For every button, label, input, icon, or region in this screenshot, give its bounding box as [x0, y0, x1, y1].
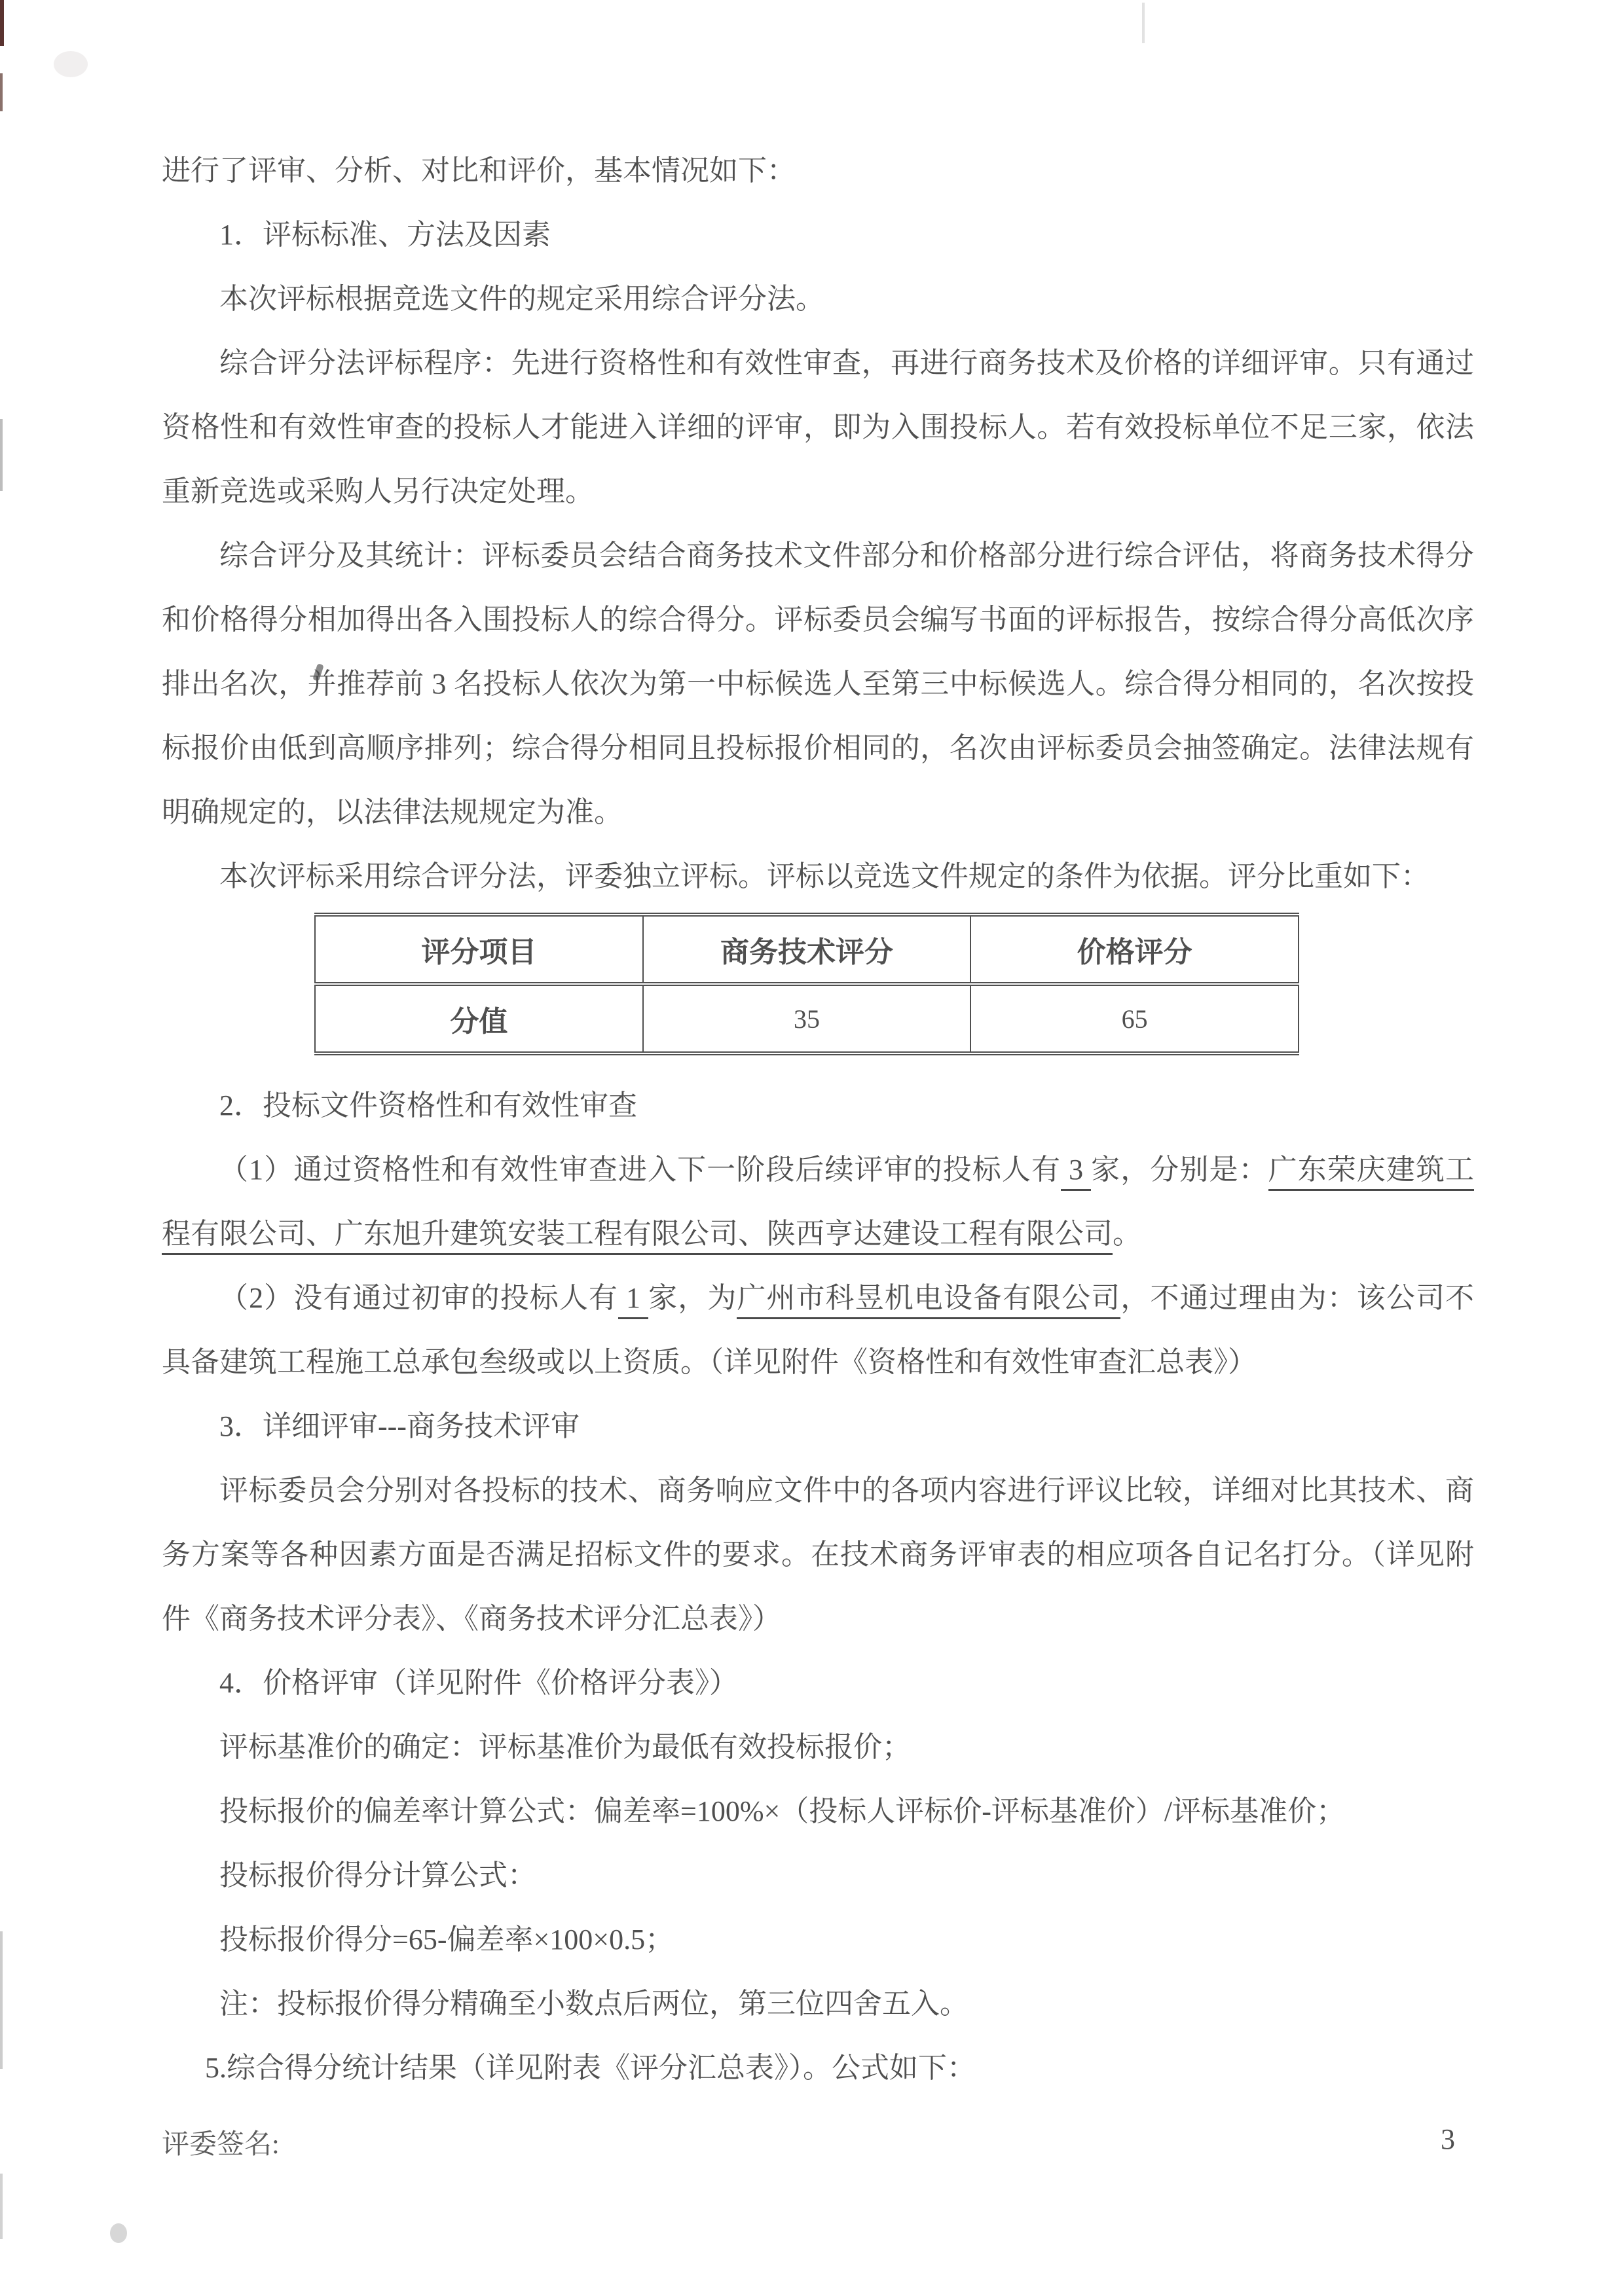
underlined-text: 广州市科昱机电设备有限公司	[737, 1282, 1120, 1319]
text-line: 4．价格评审（详见附件《价格评分表》）	[162, 1651, 1474, 1715]
table-cell-score-label: 分值	[315, 984, 643, 1053]
scan-artifact	[0, 73, 3, 111]
text-line: 评标基准价的确定：评标基准价为最低有效投标报价；	[162, 1715, 1474, 1779]
scan-artifact	[0, 0, 4, 46]
table-cell-price-value: 65	[970, 984, 1299, 1053]
scan-artifact	[0, 2174, 3, 2239]
table-header-scoring-item: 评分项目	[315, 915, 643, 984]
text-segment: 重新竞选或采购人另行决定处理。	[162, 475, 594, 507]
document-lines-top: 进行了评审、分析、对比和评价，基本情况如下：1．评标标准、方法及因素本次评标根据…	[162, 139, 1474, 909]
text-segment: 排出名次，并推荐前 3 名投标人依次为第一中标候选人至第三中标候选人。综合得分相…	[162, 668, 1474, 700]
text-line: 重新竞选或采购人另行决定处理。	[162, 460, 1474, 524]
text-segment: （1）通过资格性和有效性审查进入下一阶段后续评审的投标人有	[219, 1154, 1061, 1186]
text-line: 资格性和有效性审查的投标人才能进入详细的评审，即为入围投标人。若有效投标单位不足…	[162, 395, 1474, 460]
text-line: 5.综合得分统计结果（详见附表《评分汇总表》）。公式如下：	[162, 2036, 1474, 2100]
text-line: 2．投标文件资格性和有效性审查	[162, 1074, 1474, 1138]
text-line: 进行了评审、分析、对比和评价，基本情况如下：	[162, 139, 1474, 203]
scanned-document-page: 进行了评审、分析、对比和评价，基本情况如下：1．评标标准、方法及因素本次评标根据…	[0, 0, 1624, 2296]
text-segment: 1．评标标准、方法及因素	[219, 219, 551, 251]
score-weight-table: 评分项目 商务技术评分 价格评分 分值 35 65	[314, 913, 1299, 1055]
text-segment: 资格性和有效性审查的投标人才能进入详细的评审，即为入围投标人。若有效投标单位不足…	[162, 411, 1474, 443]
table-header-row: 评分项目 商务技术评分 价格评分	[315, 915, 1299, 984]
text-segment: 明确规定的，以法律法规规定为准。	[162, 796, 623, 828]
underlined-text: 程有限公司、广东旭升建筑安装工程有限公司、陕西亨达建设工程有限公司	[162, 1218, 1113, 1255]
text-line: 综合评分法评标程序：先进行资格性和有效性审查，再进行商务技术及价格的详细评审。只…	[162, 331, 1474, 395]
scan-artifact	[1142, 3, 1145, 43]
evaluator-signature-label: 评委签名:	[162, 2125, 280, 2164]
text-segment: 和价格得分相加得出各入围投标人的综合得分。评标委员会编写书面的评标报告，按综合得…	[162, 604, 1474, 636]
table-header-business-technical-score: 商务技术评分	[643, 915, 971, 984]
text-segment: 投标报价得分=65-偏差率×100×0.5；	[219, 1923, 674, 1956]
text-segment: 注：投标报价得分精确至小数点后两位，第三位四舍五入。	[219, 1988, 969, 2020]
text-segment: 务方案等各种因素方面是否满足招标文件的要求。在技术商务评审表的相应项各自记名打分…	[162, 1539, 1474, 1571]
scan-artifact	[110, 2223, 127, 2243]
text-segment: 3．详细评审---商务技术评审	[219, 1410, 580, 1442]
text-line: 本次评标根据竞选文件的规定采用综合评分法。	[162, 267, 1474, 331]
text-segment: 投标报价得分计算公式：	[219, 1859, 536, 1891]
scan-artifact	[54, 51, 88, 77]
text-segment: 本次评标根据竞选文件的规定采用综合评分法。	[219, 283, 824, 315]
document-lines-bottom: 2．投标文件资格性和有效性审查（1）通过资格性和有效性审查进入下一阶段后续评审的…	[162, 1074, 1474, 2100]
text-segment: 4．价格评审（详见附件《价格评分表》）	[219, 1667, 738, 1699]
text-line: （2）没有通过初审的投标人有 1 家，为广州市科昱机电设备有限公司，不通过理由为…	[162, 1266, 1474, 1330]
text-segment: 家，分别是：	[1091, 1154, 1268, 1186]
text-line: 本次评标采用综合评分法，评委独立评标。评标以竞选文件规定的条件为依据。评分比重如…	[162, 845, 1474, 909]
underlined-text: 3	[1061, 1154, 1091, 1191]
document-body: 进行了评审、分析、对比和评价，基本情况如下：1．评标标准、方法及因素本次评标根据…	[162, 139, 1474, 2100]
text-line: 综合评分及其统计：评标委员会结合商务技术文件部分和价格部分进行综合评估，将商务技…	[162, 524, 1474, 588]
text-line: 具备建筑工程施工总承包叁级或以上资质。（详见附件《资格性和有效性审查汇总表》）	[162, 1330, 1474, 1394]
text-line: 件《商务技术评分表》、《商务技术评分汇总表》）	[162, 1587, 1474, 1651]
text-line: 投标报价的偏差率计算公式：偏差率=100%×（投标人评标价-评标基准价）/评标基…	[162, 1779, 1474, 1844]
text-line: （1）通过资格性和有效性审查进入下一阶段后续评审的投标人有 3 家，分别是：广东…	[162, 1138, 1474, 1202]
text-segment: 件《商务技术评分表》、《商务技术评分汇总表》）	[162, 1603, 781, 1635]
text-line: 1．评标标准、方法及因素	[162, 203, 1474, 267]
text-segment: 本次评标采用综合评分法，评委独立评标。评标以竞选文件规定的条件为依据。评分比重如…	[219, 860, 1430, 892]
text-line: 注：投标报价得分精确至小数点后两位，第三位四舍五入。	[162, 1972, 1474, 2036]
text-line: 和价格得分相加得出各入围投标人的综合得分。评标委员会编写书面的评标报告，按综合得…	[162, 588, 1474, 652]
text-segment: 。	[1113, 1218, 1141, 1250]
table-header-price-score: 价格评分	[970, 915, 1299, 984]
text-line: 程有限公司、广东旭升建筑安装工程有限公司、陕西亨达建设工程有限公司。	[162, 1202, 1474, 1266]
text-line: 3．详细评审---商务技术评审	[162, 1394, 1474, 1459]
text-segment: ，不通过理由为：该公司不	[1120, 1282, 1474, 1314]
text-segment: （2）没有通过初审的投标人有	[219, 1282, 618, 1314]
text-segment: 2．投标文件资格性和有效性审查	[219, 1089, 637, 1121]
text-line: 标报价由低到高顺序排列；综合得分相同且投标报价相同的，名次由评标委员会抽签确定。…	[162, 716, 1474, 780]
text-line: 投标报价得分=65-偏差率×100×0.5；	[162, 1908, 1474, 1972]
table-cell-business-technical-value: 35	[643, 984, 971, 1053]
table-row: 分值 35 65	[315, 984, 1299, 1053]
page-number: 3	[1441, 2120, 1455, 2159]
text-line: 排出名次，并推荐前 3 名投标人依次为第一中标候选人至第三中标候选人。综合得分相…	[162, 652, 1474, 716]
text-segment: 标报价由低到高顺序排列；综合得分相同且投标报价相同的，名次由评标委员会抽签确定。…	[162, 732, 1474, 764]
text-segment: 5.综合得分统计结果（详见附表《评分汇总表》）。公式如下：	[205, 2052, 976, 2084]
underlined-text: 1	[618, 1282, 648, 1319]
text-segment: 家，为	[648, 1282, 737, 1314]
text-segment: 进行了评审、分析、对比和评价，基本情况如下：	[162, 155, 796, 187]
scan-artifact	[0, 419, 3, 491]
underlined-text: 广东荣庆建筑工	[1268, 1154, 1474, 1191]
score-weight-table-wrap: 评分项目 商务技术评分 价格评分 分值 35 65	[314, 913, 1474, 1055]
text-segment: 综合评分法评标程序：先进行资格性和有效性审查，再进行商务技术及价格的详细评审。只…	[219, 347, 1474, 379]
text-segment: 评标基准价的确定：评标基准价为最低有效投标报价；	[219, 1731, 911, 1763]
text-segment: 评标委员会分别对各投标的技术、商务响应文件中的各项内容进行评议比较，详细对比其技…	[219, 1474, 1474, 1506]
text-segment: 投标报价的偏差率计算公式：偏差率=100%×（投标人评标价-评标基准价）/评标基…	[219, 1795, 1345, 1827]
text-line: 明确规定的，以法律法规规定为准。	[162, 780, 1474, 845]
text-segment: 综合评分及其统计：评标委员会结合商务技术文件部分和价格部分进行综合评估，将商务技…	[219, 539, 1474, 572]
text-line: 评标委员会分别对各投标的技术、商务响应文件中的各项内容进行评议比较，详细对比其技…	[162, 1459, 1474, 1523]
text-line: 务方案等各种因素方面是否满足招标文件的要求。在技术商务评审表的相应项各自记名打分…	[162, 1523, 1474, 1587]
scan-artifact	[0, 1931, 3, 2069]
text-segment: 具备建筑工程施工总承包叁级或以上资质。（详见附件《资格性和有效性审查汇总表》）	[162, 1346, 1257, 1378]
text-line: 投标报价得分计算公式：	[162, 1844, 1474, 1908]
